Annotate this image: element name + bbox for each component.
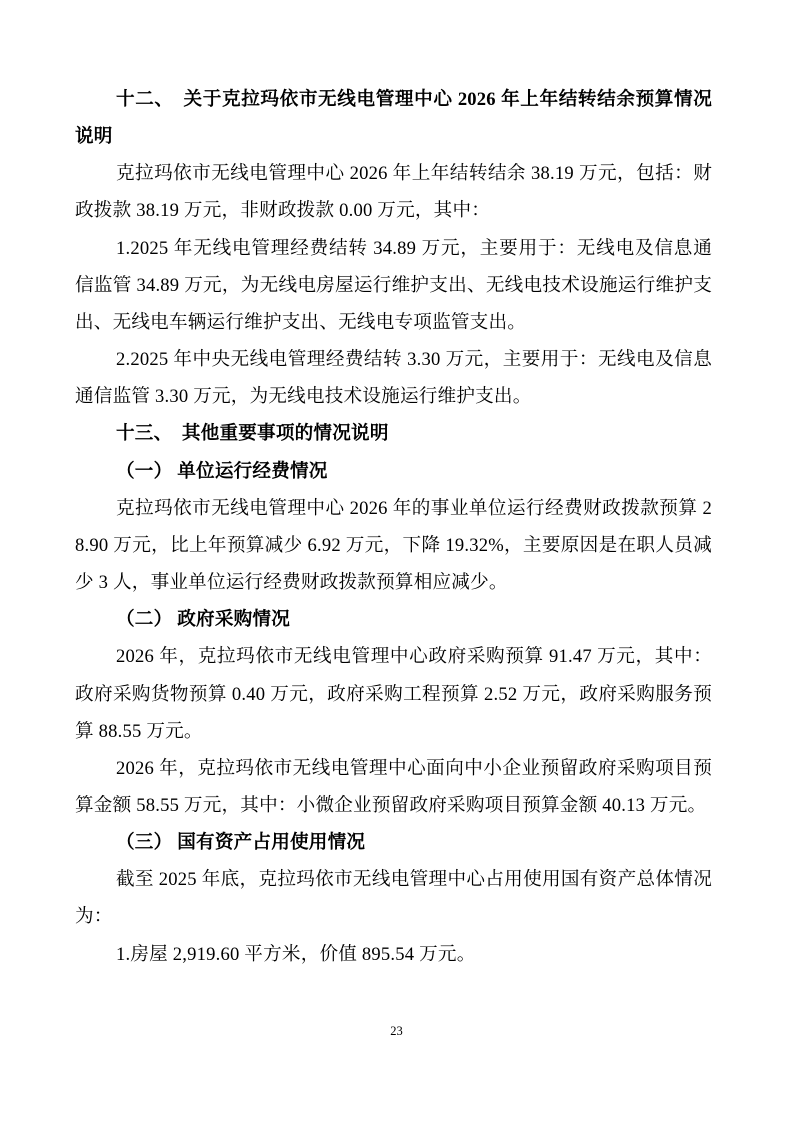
subsection-3-state-assets-heading: （三） 国有资产占用使用情况: [75, 824, 712, 861]
section-12-heading: 十二、 关于克拉玛依市无线电管理中心 2026 年上年结转结余预算情况说明: [75, 81, 712, 155]
section-12-intro-paragraph: 克拉玛依市无线电管理中心 2026 年上年结转结余 38.19 万元，包括：财政…: [75, 155, 712, 229]
subsection-1-unit-operating-heading: （一） 单位运行经费情况: [75, 453, 712, 490]
carryover-item-2-paragraph: 2.2025 年中央无线电管理经费结转 3.30 万元，主要用于：无线电及信息通…: [75, 341, 712, 415]
housing-asset-paragraph: 1.房屋 2,919.60 平方米，价值 895.54 万元。: [75, 936, 712, 973]
unit-operating-cost-paragraph: 克拉玛依市无线电管理中心 2026 年的事业单位运行经费财政拨款预算 28.90…: [75, 490, 712, 601]
state-assets-intro-paragraph: 截至 2025 年底，克拉玛依市无线电管理中心占用使用国有资产总体情况为：: [75, 861, 712, 935]
sme-procurement-paragraph: 2026 年，克拉玛依市无线电管理中心面向中小企业预留政府采购项目预算金额 58…: [75, 750, 712, 824]
section-13-heading: 十三、 其他重要事项的情况说明: [75, 415, 712, 452]
subsection-2-procurement-heading: （二） 政府采购情况: [75, 601, 712, 638]
page-number: 23: [0, 1023, 793, 1039]
document-body: 十二、 关于克拉玛依市无线电管理中心 2026 年上年结转结余预算情况说明 克拉…: [75, 81, 712, 973]
carryover-item-1-paragraph: 1.2025 年无线电管理经费结转 34.89 万元，主要用于：无线电及信息通信…: [75, 230, 712, 341]
document-page: 十二、 关于克拉玛依市无线电管理中心 2026 年上年结转结余预算情况说明 克拉…: [0, 0, 793, 1122]
gov-procurement-paragraph: 2026 年，克拉玛依市无线电管理中心政府采购预算 91.47 万元，其中：政府…: [75, 638, 712, 749]
